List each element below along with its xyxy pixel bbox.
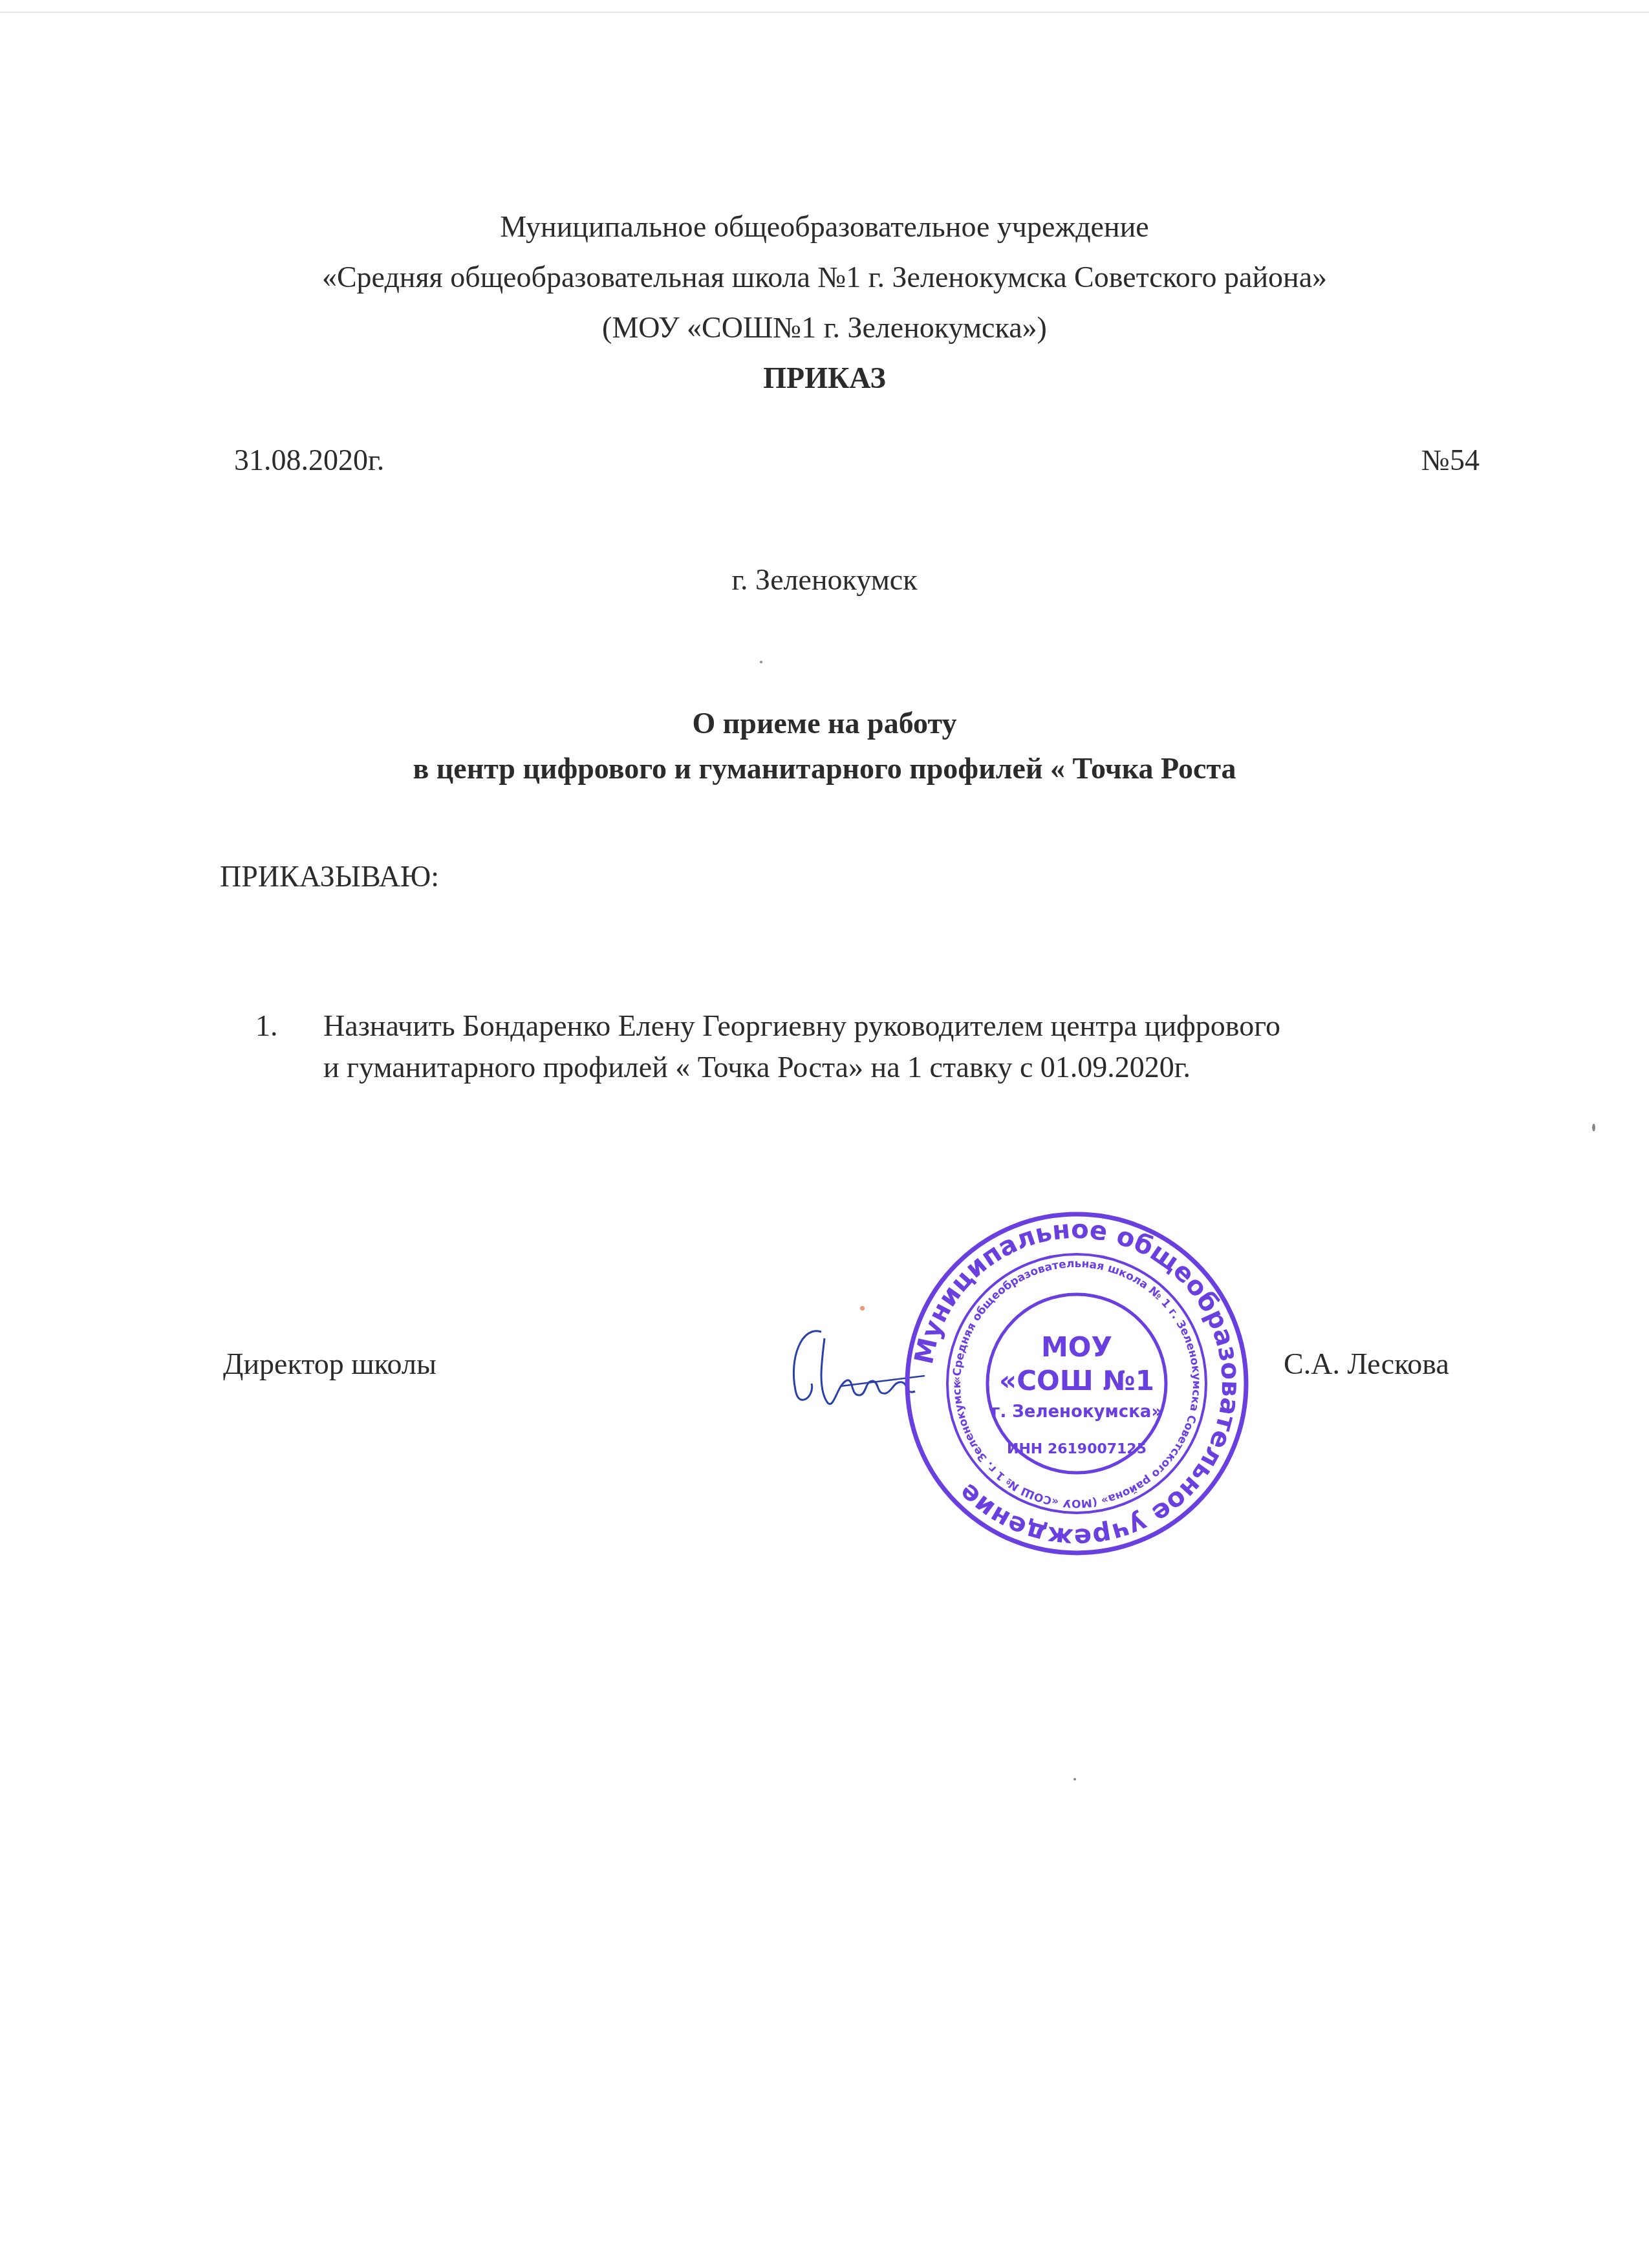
- order-item-number: 1.: [255, 1005, 278, 1047]
- order-item-text-line-1: Назначить Бондаренко Елену Георгиевну ру…: [323, 1005, 1516, 1047]
- svg-text:МОУ: МОУ: [1041, 1331, 1112, 1363]
- order-number: №54: [1421, 442, 1480, 478]
- scan-speck: [760, 661, 762, 663]
- institution-short-name: (МОУ «СОШ№1 г. Зеленокумска»): [0, 309, 1649, 347]
- order-item-text-line-2: и гуманитарного профилей « Точка Роста» …: [323, 1047, 1516, 1088]
- svg-text:«СОШ №1: «СОШ №1: [999, 1365, 1154, 1396]
- scan-speck: [1592, 1124, 1595, 1131]
- svg-text:г. Зеленокумска»: г. Зеленокумска»: [991, 1402, 1162, 1422]
- scan-edge-line: [0, 12, 1649, 13]
- signatory-name: С.А. Лескова: [1284, 1346, 1449, 1382]
- order-date: 31.08.2020г.: [234, 442, 384, 478]
- subject-line-1: О приеме на работу: [0, 705, 1649, 742]
- svg-text:ИНН 2619007125: ИНН 2619007125: [1007, 1441, 1147, 1457]
- institution-full-name: «Средняя общеобразовательная школа №1 г.…: [0, 259, 1649, 296]
- subject-line-2: в центр цифрового и гуманитарного профил…: [0, 750, 1649, 787]
- institution-name: Муниципальное общеобразовательное учрежд…: [0, 208, 1649, 246]
- document-type-title: ПРИКАЗ: [0, 359, 1649, 397]
- official-stamp-icon: Муниципальное общеобразовательное учрежд…: [902, 1209, 1251, 1558]
- order-item: 1. Назначить Бондаренко Елену Георгиевну…: [255, 1005, 1516, 1088]
- scan-speck: [1073, 1778, 1076, 1781]
- order-word: ПРИКАЗЫВАЮ:: [220, 859, 439, 895]
- city: г. Зеленокумск: [0, 561, 1649, 599]
- scan-speck: [860, 1306, 865, 1311]
- signatory-position: Директор школы: [223, 1346, 436, 1382]
